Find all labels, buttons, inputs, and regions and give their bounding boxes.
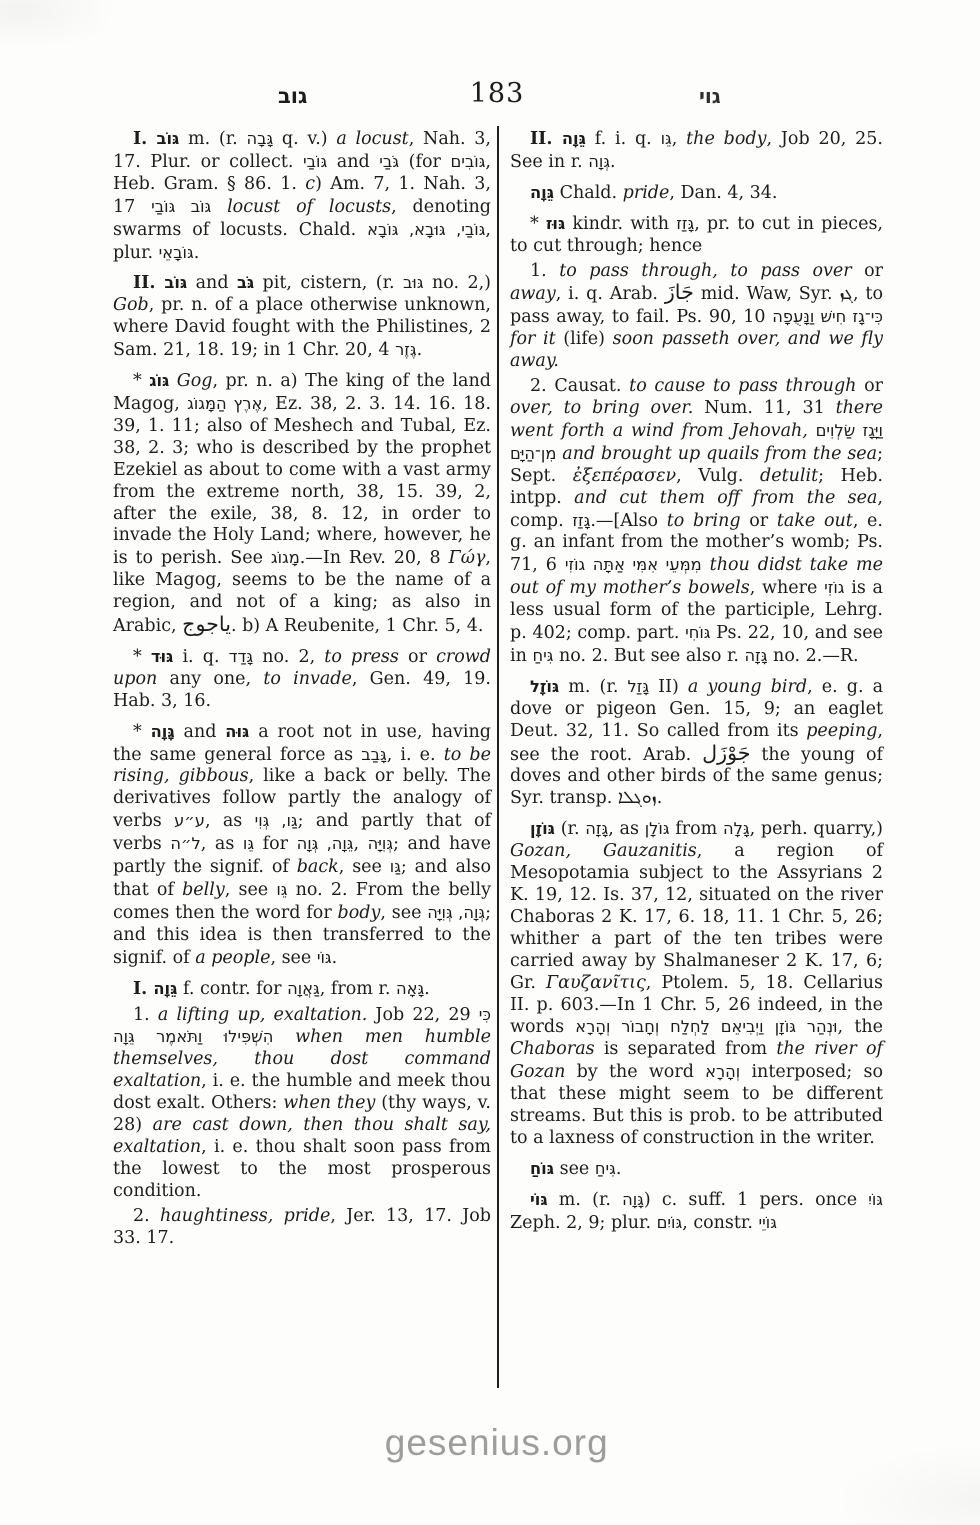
entry-paragraph: I. גֵּוָה f. contr. for גַּאֲוָה, from r… — [113, 978, 491, 1001]
left-column: I. גּוֹב m. (r. גָּבָה q. v.) a locust, … — [113, 128, 491, 1250]
entry-paragraph: 2. Causat. to cause to pass through or o… — [510, 376, 883, 668]
entry-paragraph: 1. to pass through, to pass over or away… — [510, 261, 883, 374]
entry-paragraph: 2. haughtiness, pride, Jer. 13, 17. Job … — [113, 1206, 491, 1250]
entry-paragraph: גּוֹחַ see גִּיחַ. — [510, 1158, 883, 1181]
entry-paragraph: גּוֹי m. (r. גָּוָה) c. suff. 1 pers. on… — [510, 1189, 883, 1235]
entry-paragraph: * גָּוָה and גּוּה a root not in use, ha… — [113, 721, 491, 970]
entry-paragraph: * גּוּז kindr. with גָּזַז, pr. to cut i… — [510, 213, 883, 258]
entry-paragraph: * גּוֹג Gog, pr. n. a) The king of the l… — [113, 370, 491, 638]
entry-paragraph: * גּוּד i. q. גָּדַד no. 2, to press or … — [113, 646, 491, 713]
entry-paragraph: גֵּוָה Chald. pride, Dan. 4, 34. — [510, 182, 883, 205]
entry-paragraph: גּוֹזָן (r. גָּזָה, as גּוֹלָן from גָּל… — [510, 818, 883, 1150]
column-divider — [497, 126, 499, 1388]
dictionary-page: גוב 183 גוי I. גּוֹב m. (r. גָּבָה q. v.… — [0, 0, 980, 1525]
entry-paragraph: I. גּוֹב m. (r. גָּבָה q. v.) a locust, … — [113, 128, 491, 264]
entry-paragraph: II. גּוֹב and גֹּב pit, cistern, (r. גּו… — [113, 272, 491, 362]
catchword-left: גוב — [278, 84, 307, 108]
watermark: gesenius.org — [385, 1422, 609, 1464]
entry-paragraph: 1. a lifting up, exaltation. Job 22, 29 … — [113, 1004, 491, 1203]
entry-paragraph: II. גֵּוָה f. i. q. גֵּו, the body, Job … — [510, 128, 883, 174]
page-number: 183 — [447, 78, 547, 109]
right-column: II. גֵּוָה f. i. q. גֵּו, the body, Job … — [510, 128, 883, 1235]
entry-paragraph: גּוֹזָל m. (r. גָּזַל II) a young bird, … — [510, 676, 883, 810]
catchword-right: גוי — [699, 84, 721, 108]
